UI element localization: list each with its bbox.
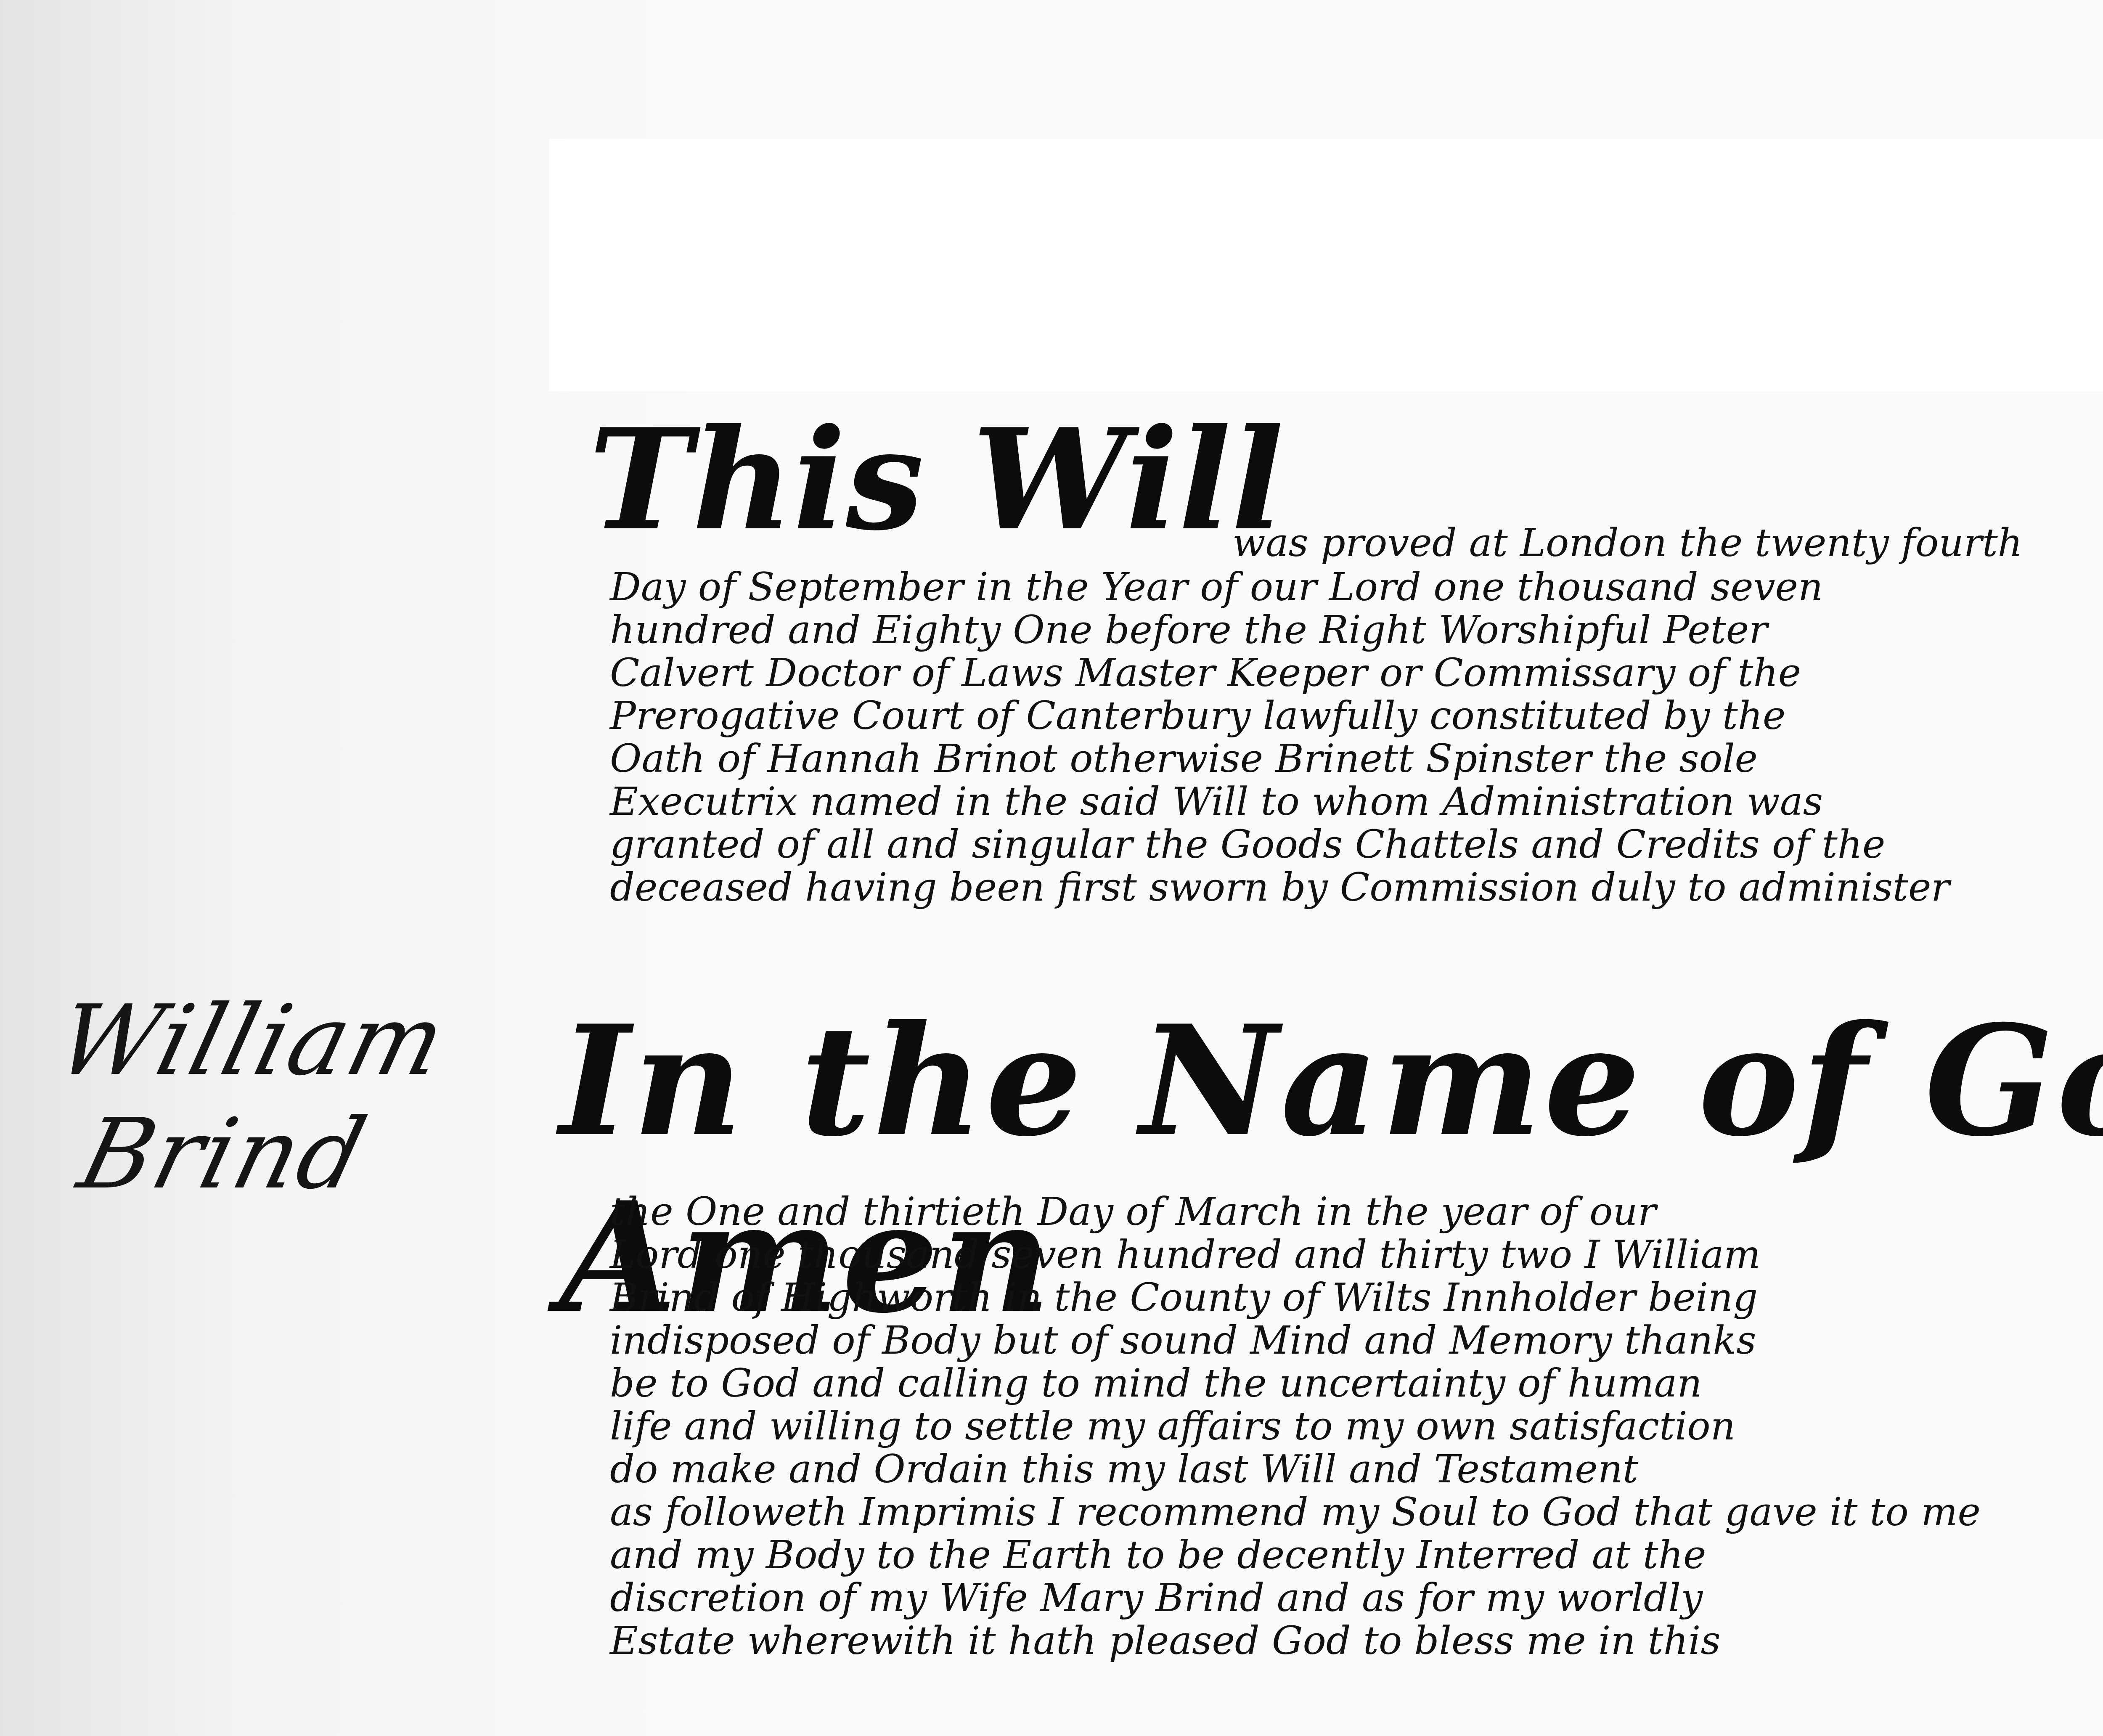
margin-testator-name: William Brind (18, 984, 457, 1211)
will-line: Estate wherewith it hath pleased God to … (610, 1619, 2103, 1662)
redacted-area (549, 139, 2103, 391)
will-line: and my Body to the Earth to be decently … (610, 1534, 2103, 1577)
will-paragraph: the One and thirtieth Day of March in th… (610, 1190, 2103, 1662)
margin-name-last: Brind (18, 1098, 429, 1211)
probate-line: deceased having been first sworn by Comm… (610, 866, 2103, 909)
probate-paragraph: Day of September in the Year of our Lord… (610, 566, 2103, 909)
will-line: life and willing to settle my affairs to… (610, 1405, 2103, 1448)
probate-line: Prerogative Court of Canterbury lawfully… (610, 694, 2103, 737)
will-line: be to God and calling to mind the uncert… (610, 1362, 2103, 1405)
probate-line: Calvert Doctor of Laws Master Keeper or … (610, 652, 2103, 694)
probate-first-line: was proved at London the twenty fourth (1232, 522, 2023, 565)
will-line: indisposed of Body but of sound Mind and… (610, 1319, 2103, 1362)
probate-line: Oath of Hannah Brinot otherwise Brinett … (610, 737, 2103, 780)
will-line: do make and Ordain this my last Will and… (610, 1448, 2103, 1491)
will-line: Lord one thousand seven hundred and thir… (610, 1233, 2103, 1276)
will-line: Brind of Highworth in the County of Wilt… (610, 1276, 2103, 1319)
probate-line: Executrix named in the said Will to whom… (610, 780, 2103, 823)
margin-name-first: William (46, 984, 457, 1098)
will-line: as followeth Imprimis I recommend my Sou… (610, 1491, 2103, 1534)
will-line: discretion of my Wife Mary Brind and as … (610, 1577, 2103, 1619)
probate-line: Day of September in the Year of our Lord… (610, 566, 2103, 609)
probate-heading: This Will (589, 404, 1284, 555)
probate-line: hundred and Eighty One before the Right … (610, 609, 2103, 652)
probate-line: granted of all and singular the Goods Ch… (610, 823, 2103, 866)
will-line: the One and thirtieth Day of March in th… (610, 1190, 2103, 1233)
document-page: William Brind This Will was proved at Lo… (0, 0, 2103, 1736)
